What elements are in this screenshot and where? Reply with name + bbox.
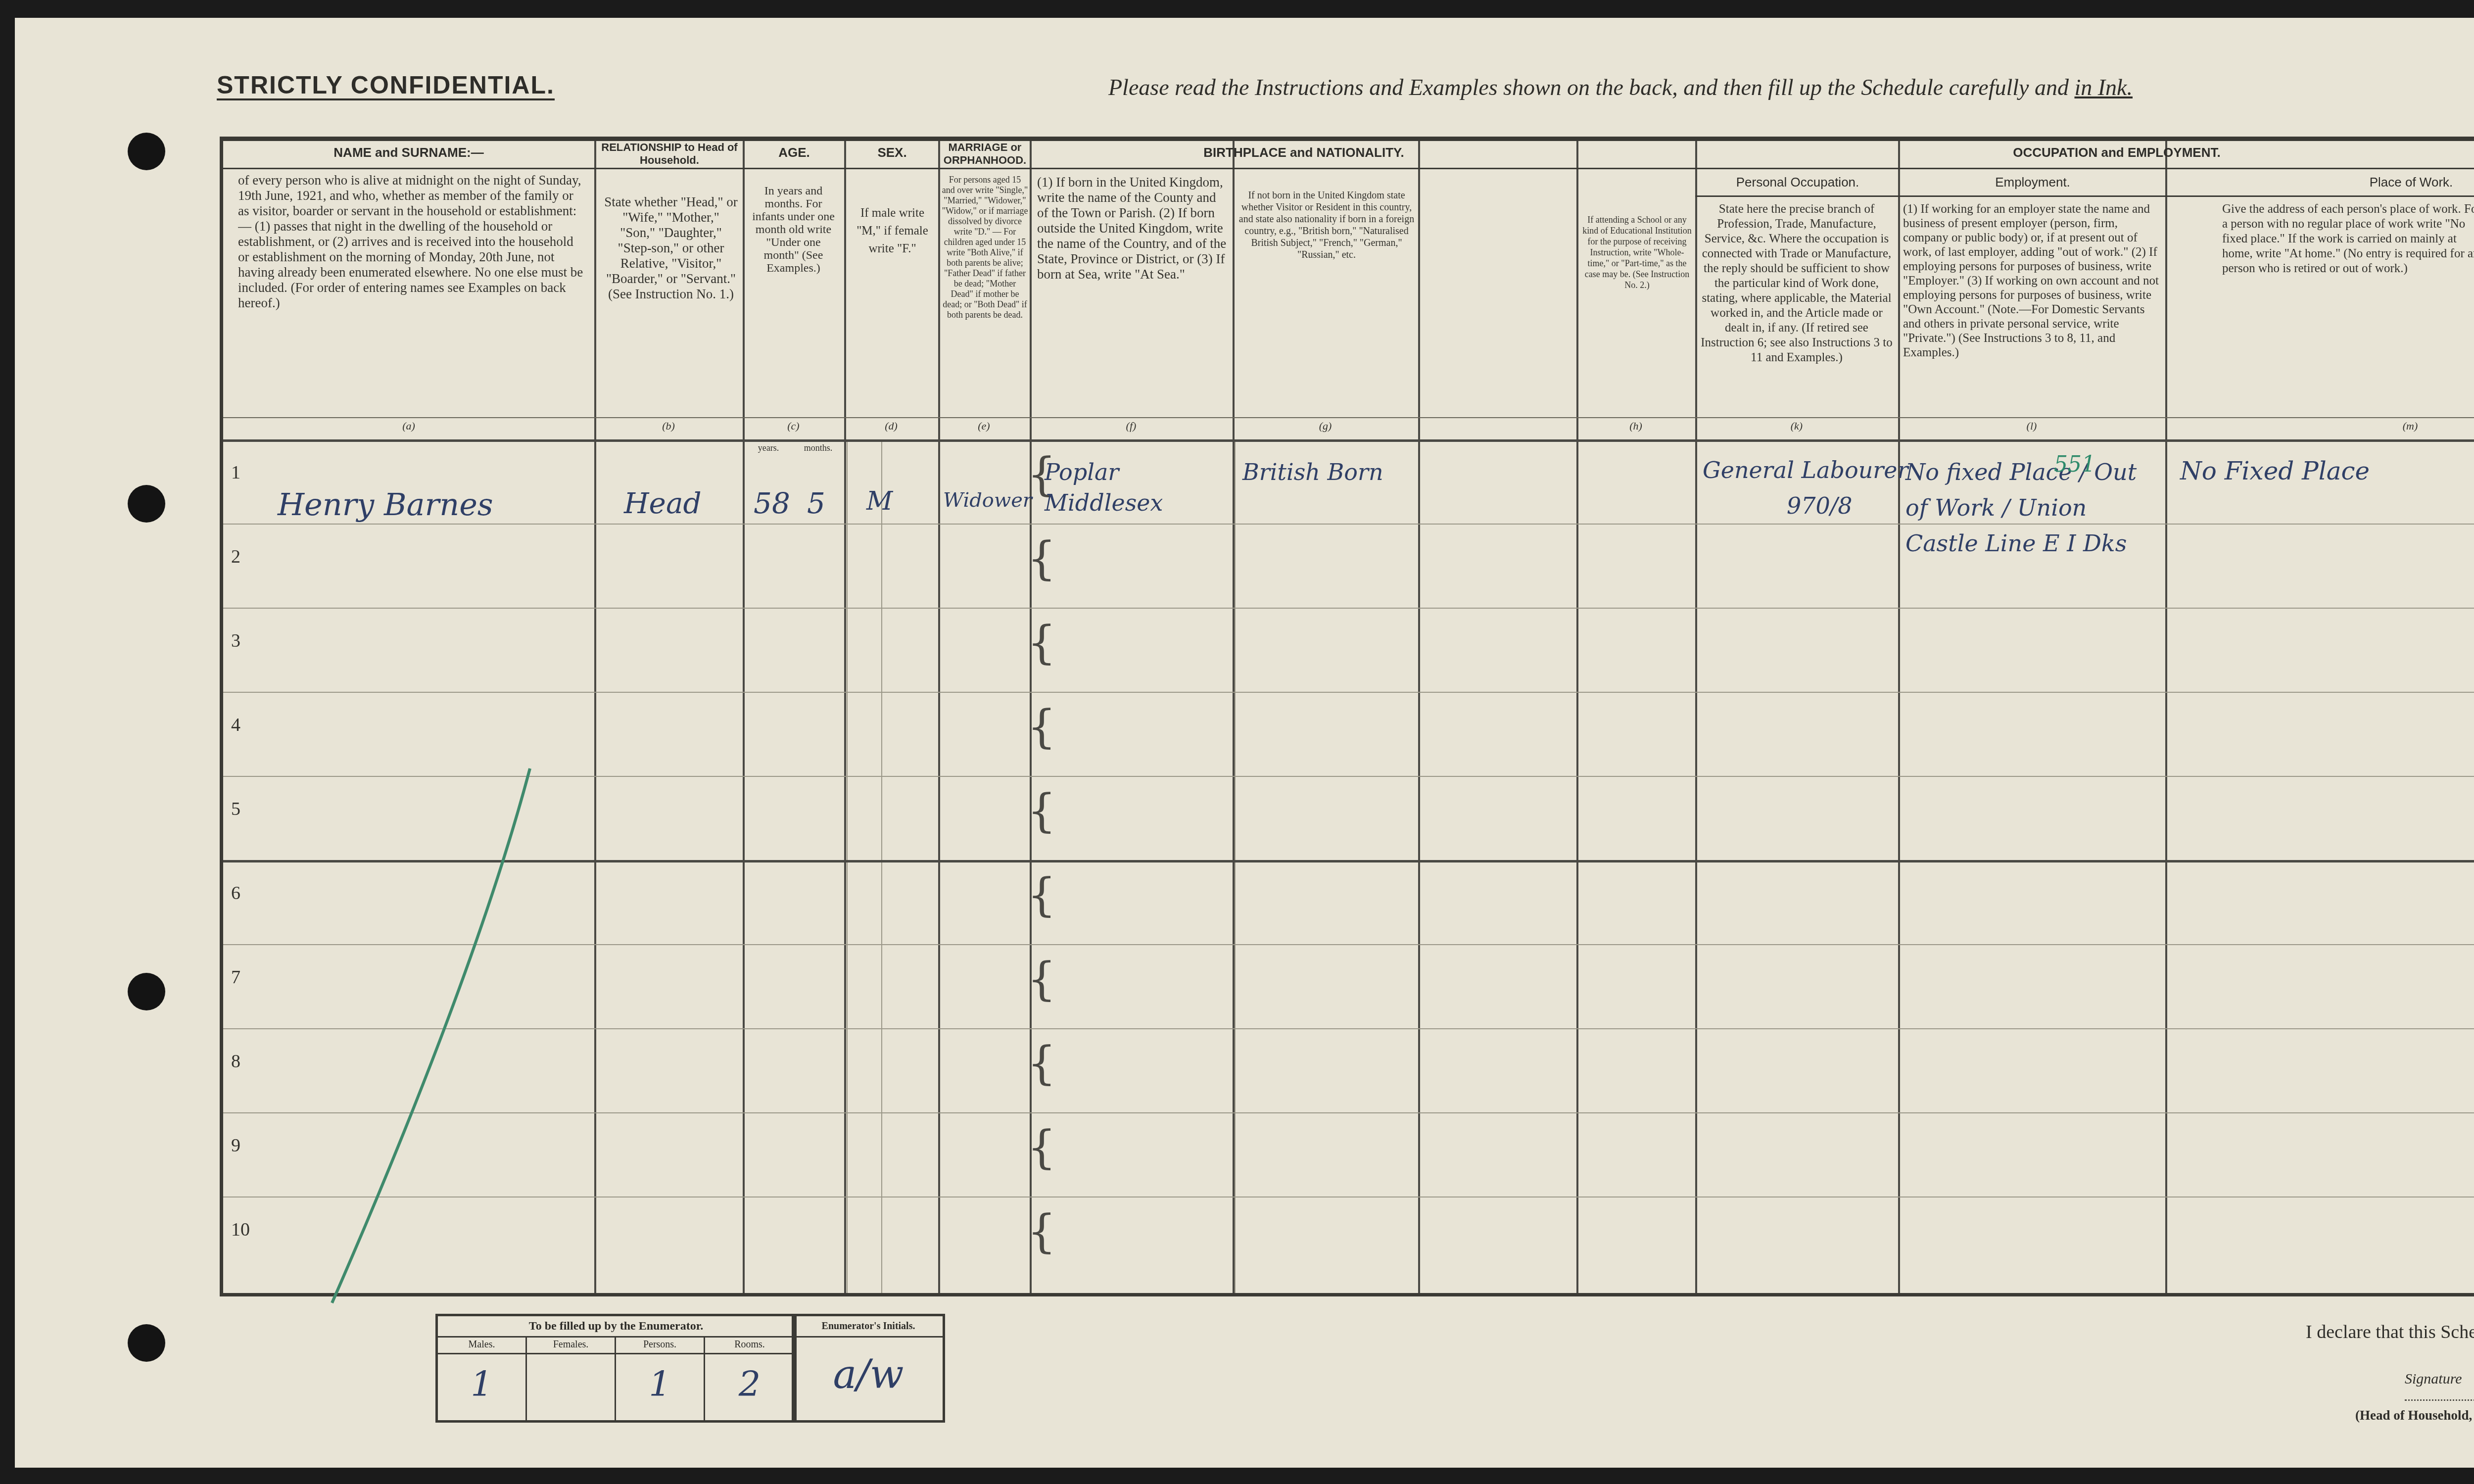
col-f-text: (1) If born in the United Kingdom, write… [1037,175,1230,412]
col-g-text: If not born in the United Kingdom state … [1237,190,1416,412]
letter-b: (b) [594,420,743,432]
age-years[interactable]: 58 [754,486,790,520]
initials-value[interactable]: a/w [794,1338,943,1412]
row-number: 4 [231,714,240,736]
pencil-stroke [322,749,570,1318]
letter-a: (a) [223,420,594,432]
males-value[interactable]: 1 [438,1354,525,1414]
row-number: 7 [231,966,240,988]
letter-d: (d) [844,420,938,432]
occupation-code: 970/8 [1787,492,1853,519]
row-number: 8 [231,1051,240,1072]
col-a-text: of every person who is alive at midnight… [238,173,584,410]
letter-h: (h) [1576,420,1695,432]
employment[interactable]: No fixed Place / Out of Work / Union Cas… [1905,454,2163,561]
col-e-title: MARRIAGE or ORPHANHOOD. [940,141,1030,167]
row-number: 10 [231,1219,250,1241]
col-b-title: RELATIONSHIP to Head of Household. [596,141,743,167]
col-b-text: State whether "Head," or "Wife," "Mother… [604,194,738,412]
row-number: 5 [231,798,240,820]
sex[interactable]: M [866,486,893,516]
rooms-value[interactable]: 2 [705,1354,794,1414]
initials-title: Enumerator's Initials. [794,1316,943,1338]
instructions-text: Please read the Instructions and Example… [1108,75,2074,100]
row-number: 1 [231,462,240,483]
nationality[interactable]: British Born [1242,457,1391,487]
letter-k: (k) [1695,420,1898,432]
col-l-text: (1) If working for an employer state the… [1903,202,2160,415]
row-number: 3 [231,630,240,652]
letter-e: (e) [938,420,1030,432]
col-fg-title: BIRTHPLACE and NATIONALITY. [1032,145,1576,160]
col-e-text: For persons aged 15 and over write "Sing… [942,175,1028,412]
person-name[interactable]: Henry Barnes [278,486,493,523]
letter-l: (l) [1898,420,2165,432]
letter-f: (f) [1030,420,1233,432]
declaration-text: I declare that this Schedule is correctl… [2306,1321,2474,1343]
col-c-title: AGE. [745,145,844,160]
males-label: Males. [438,1336,525,1354]
col-m-title: Place of Work. [2167,175,2474,190]
col-k-text: State here the precise branch of Profess… [1700,202,1893,415]
col-l-title: Employment. [1900,175,2165,190]
col-m-text: Give the address of each person's place … [2222,202,2474,415]
age-months-sub: months. [792,443,844,453]
tally-title: To be filled up by the Enumerator. [438,1316,794,1338]
col-d-title: SEX. [846,145,938,160]
col-occ-title: OCCUPATION and EMPLOYMENT. [1578,145,2474,160]
females-label: Females. [527,1336,615,1354]
row-number: 9 [231,1135,240,1156]
row-number: 6 [231,882,240,904]
enumerator-tally-box: To be filled up by the Enumerator. Males… [435,1314,797,1423]
punch-hole [128,485,165,523]
marriage-status[interactable]: Widower [943,489,1032,512]
rooms-label: Rooms. [705,1336,794,1354]
relationship[interactable]: Head [624,486,702,520]
age-years-sub: years. [744,443,793,453]
personal-occupation[interactable]: General Labourer [1703,457,1908,483]
enumerator-initials-box: Enumerator's Initials. a/w [792,1314,945,1423]
persons-label: Persons. [616,1336,704,1354]
age-months[interactable]: 5 [807,486,825,520]
place-of-work[interactable]: No Fixed Place [2180,457,2370,485]
punch-hole [128,973,165,1010]
persons-value[interactable]: 1 [616,1354,704,1414]
col-h-text: If attending a School or any kind of Edu… [1581,214,1693,412]
signature-note: (Head of Household, Manager of Establish… [2355,1408,2474,1423]
birthplace[interactable]: Poplar Middlesex [1045,457,1223,518]
col-k-title: Personal Occupation. [1697,175,1898,190]
letter-m: (m) [2165,420,2474,432]
col-c-text: In years and months. For infants under o… [748,185,839,407]
letter-c: (c) [743,420,844,432]
row-number: 2 [231,546,240,568]
signature-label: Signature [2405,1371,2462,1387]
punch-hole [128,1324,165,1362]
confidential-label: STRICTLY CONFIDENTIAL. [217,72,555,100]
instructions-line: Please read the Instructions and Example… [1108,74,2133,100]
letter-g: (g) [1233,420,1418,432]
punch-hole [128,133,165,170]
signature-line: Signature H Barnes [2405,1371,2474,1401]
household-table: NAME and SURNAME:— RELATIONSHIP to Head … [220,137,2474,1296]
col-a-title: NAME and SURNAME:— [223,145,594,160]
employment-code: 551 [2054,452,2095,477]
col-d-text: If male write "M," if female write "F." [849,204,936,402]
instructions-ink: in Ink. [2074,75,2133,100]
